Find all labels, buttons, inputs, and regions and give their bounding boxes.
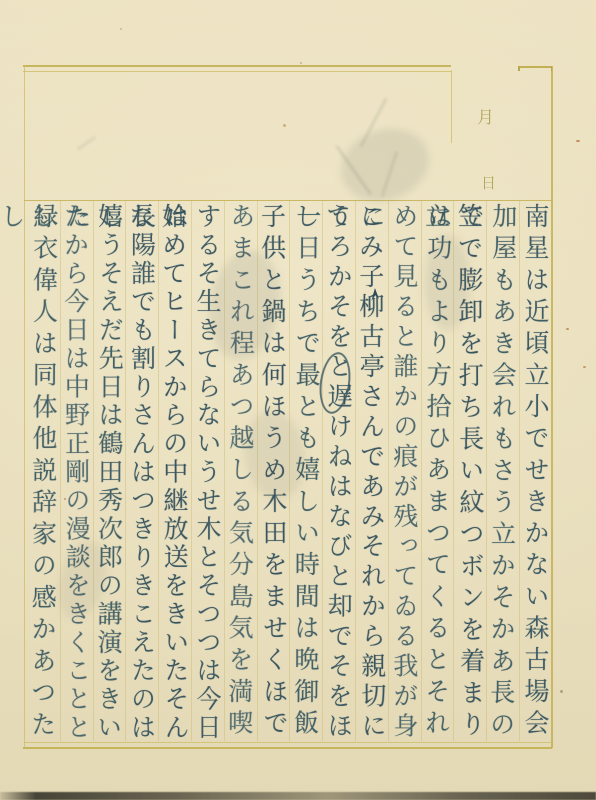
handwriting-column-13: 長陽誰でも割りさんはつきりきこえたのは嬉 <box>125 203 158 741</box>
pencil-scribble <box>381 151 398 197</box>
pencil-scribble <box>335 145 372 196</box>
top-border-inner-line <box>23 71 451 72</box>
handwriting-column-11: するそ生きてらないうせ木とそつつは今日は <box>190 203 223 741</box>
right-border-line <box>551 66 553 748</box>
handwriting-column-3: 笠で膨卸を打ち長い紋つボンを着まり立 <box>451 203 487 741</box>
bottom-border-inner-line <box>24 742 552 743</box>
paper-speck <box>300 62 302 64</box>
handwriting-column-7: うろかそをと遅けねはなびと却でそをほし <box>321 203 354 741</box>
pencil-scribble <box>77 136 96 151</box>
paper-speck <box>566 328 569 330</box>
paper-speck <box>583 366 586 368</box>
day-label: 日 <box>481 176 496 191</box>
handwriting-column-8: 一日うちで最とも嬉しい時間は晩御飯 <box>287 203 322 741</box>
pencil-scribble <box>359 98 387 148</box>
bottom-border-outer-line <box>23 747 552 749</box>
handwriting-column-14: しうそえだ先日は鶴田秀次郎の講演をきいた <box>91 203 126 741</box>
handwriting-column-15: たから今日は中野正剛の漫談をきくこととし <box>58 203 94 741</box>
date-box-top-line <box>518 66 552 68</box>
handwriting-column-9: 子供と鍋は何ほうめ木田をませくほで <box>254 203 290 741</box>
date-box-tick-left <box>518 66 520 71</box>
date-box-tick-right <box>551 66 553 71</box>
handwriting-column-12: 始めてヒースからの中継放送をきいたそんな <box>156 203 192 741</box>
paper-speck <box>283 124 286 127</box>
text-frame-top-line <box>24 200 552 201</box>
date-box-left-stub-line <box>451 70 452 143</box>
handwriting-column-10: あまこれ程あつ越しる気分島気を満喫 <box>222 203 257 741</box>
handwriting-column-2: 加屋もあき会れもさう立かそかあ長ので <box>484 203 519 741</box>
top-border-outer-line <box>23 65 451 67</box>
scan-edge-shadow <box>0 792 596 800</box>
month-label: 月 <box>477 110 494 127</box>
paper-speck <box>120 28 122 30</box>
paper-speck <box>560 690 563 693</box>
pencil-smudge <box>331 117 440 214</box>
handwriting-column-16: 緑衣偉人は同体他説辞家の感かあつたし <box>25 203 60 741</box>
scanned-manuscript-page: 月 日 南星は近頃立小でせきかない森古場会 加屋もあき会れもさう立かそかあ長ので… <box>0 0 596 800</box>
handwriting-area: 南星は近頃立小でせきかない森古場会 加屋もあき会れもさう立かそかあ長ので 笠で膨… <box>26 203 551 741</box>
handwriting-column-5: めて見ると誰かの痕が残ってゐる我が身に <box>387 203 420 741</box>
handwriting-column-6: こみ子柳古亭さんであみそれから親切にて <box>353 203 389 741</box>
paper-speck <box>576 140 580 142</box>
handwriting-column-1: 南星は近頃立小でせきかない森古場会 <box>518 203 551 741</box>
handwriting-column-4: は功もより方拾ひあまつてくるとそれ <box>419 203 454 741</box>
